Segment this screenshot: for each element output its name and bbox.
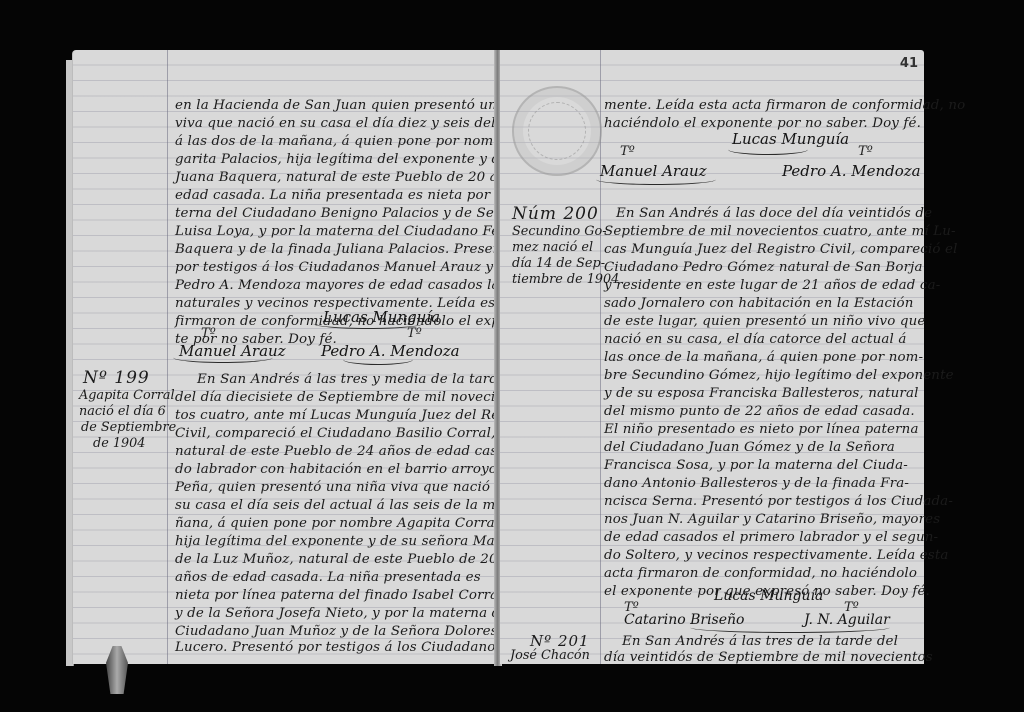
text-line: Ciudadano Juan Muñoz y de la Señora Dolo…	[175, 624, 498, 639]
text-line: Juana Baquera, natural de este Pueblo de…	[175, 170, 543, 185]
witness-label: Tº	[407, 326, 422, 341]
text-line: mente. Leída esta acta firmaron de confo…	[604, 98, 965, 113]
text-line: do labrador con habitación en el barrio …	[175, 462, 518, 477]
seal-inner-ring	[528, 102, 586, 160]
text-line: y residente en este lugar de 21 años de …	[604, 278, 940, 293]
text-line: de la Luz Muñoz, natural de este Pueblo …	[175, 552, 498, 567]
margin-note-line: nació el día 6	[79, 404, 166, 419]
text-line: de este lugar, quien presentó un niño vi…	[604, 314, 925, 329]
text-line: por testigos á los Ciudadanos Manuel Ara…	[175, 260, 493, 275]
margin-note-line: Secundino Go-	[512, 224, 607, 239]
text-line: ncisca Serna. Presentó por testigos á lo…	[604, 494, 953, 509]
text-line: hija legítima del exponente y de su seño…	[175, 534, 514, 549]
margin-note-line: José Chacón	[510, 648, 590, 663]
text-line: nos Juan N. Aguilar y Catarino Briseño, …	[604, 512, 940, 527]
text-line: cas Munguía Juez del Registro Civil, com…	[604, 242, 958, 257]
ledger-book: en la Hacienda de San Juan quien present…	[66, 50, 928, 670]
witness-label: Tº	[201, 326, 216, 341]
text-line: El niño presentado es nieto por línea pa…	[604, 422, 919, 437]
text-line: Peña, quien presentó una niña viva que n…	[175, 480, 511, 495]
text-line: Luisa Loya, y por la materna del Ciudada…	[175, 224, 515, 239]
text-line: do Soltero, y vecinos respectivamente. L…	[604, 548, 949, 563]
text-line: nieta por línea paterna del finado Isabe…	[175, 588, 503, 603]
text-line: las once de la mañana, á quien pone por …	[604, 350, 923, 365]
text-line: En San Andrés á las doce del día veintid…	[616, 206, 932, 221]
entry-number: Nº 199	[83, 368, 150, 388]
text-line: haciéndolo el exponente por no saber. Do…	[604, 116, 921, 131]
text-line: bre Secundino Gómez, hijo legítimo del e…	[604, 368, 954, 383]
text-line: día veintidós de Septiembre de mil novec…	[604, 650, 933, 665]
witness-label: Tº	[858, 144, 873, 159]
text-line: sado Jornalero con habitación en la Esta…	[604, 296, 914, 311]
text-line: del día diecisiete de Septiembre de mil …	[175, 390, 517, 405]
judge-signature: Lucas Munguía	[714, 588, 823, 604]
left-page: en la Hacienda de San Juan quien present…	[72, 50, 501, 664]
text-line: de edad casados el primero labrador y el…	[604, 530, 938, 545]
text-line: acta firmaron de conformidad, no haciénd…	[604, 566, 917, 581]
signature-flourish	[728, 144, 808, 155]
text-line: dano Antonio Ballesteros y de la finada …	[604, 476, 909, 491]
text-line: del mismo punto de 22 años de edad casad…	[604, 404, 915, 419]
margin-note-line: mez nació el	[512, 240, 593, 255]
margin-note-line: de 1904	[93, 436, 145, 451]
text-line: del Ciudadano Juan Gómez y de la Señora	[604, 440, 895, 455]
signature-flourish	[343, 354, 413, 365]
text-line: Civil, compareció el Ciudadano Basilio C…	[175, 426, 495, 441]
text-line: Baquera y de la finada Juliana Palacios.…	[175, 242, 515, 257]
margin-note-line: Agapita Corral	[79, 388, 175, 403]
witness-signature: Pedro A. Mendoza	[782, 162, 921, 180]
text-line: su casa el día seis del actual á las sei…	[175, 498, 508, 513]
text-line: tos cuatro, ante mí Lucas Munguía Juez d…	[175, 408, 540, 423]
text-line: ñana, á quien pone por nombre Agapita Co…	[175, 516, 504, 531]
signature-flourish	[690, 622, 890, 633]
text-line: en la Hacienda de San Juan quien present…	[175, 98, 540, 113]
signature-flourish	[173, 352, 273, 363]
text-line: Septiembre de mil novecientos cuatro, an…	[604, 224, 956, 239]
text-line: En San Andrés á las tres de la tarde del	[622, 634, 898, 649]
folio-number: 41	[900, 56, 918, 71]
signature-flourish	[596, 174, 716, 185]
text-line: nació en su casa, el día catorce del act…	[604, 332, 906, 347]
text-line: Ciudadano Pedro Gómez natural de San Bor…	[604, 260, 923, 275]
text-line: y de su esposa Franciska Ballesteros, na…	[604, 386, 919, 401]
entry-number: Núm 200	[512, 204, 599, 224]
witness-label: Tº	[620, 144, 635, 159]
text-line: terna del Ciudadano Benigno Palacios y d…	[175, 206, 526, 221]
text-line: años de edad casada. La niña presentada …	[175, 570, 481, 585]
text-line: En San Andrés á las tres y media de la t…	[197, 372, 506, 387]
margin-rule	[167, 50, 168, 664]
text-line: Francisca Sosa, y por la materna del Ciu…	[604, 458, 908, 473]
text-line: y de la Señora Josefa Nieto, y por la ma…	[175, 606, 513, 621]
text-line: Lucero. Presentó por testigos á los Ciud…	[175, 640, 502, 655]
right-page: 41 mente. Leída esta acta firmaron de co…	[500, 50, 924, 664]
margin-note-line: de Septiembre	[81, 420, 176, 435]
official-seal-stamp	[512, 86, 602, 176]
text-line: natural de este Pueblo de 24 años de eda…	[175, 444, 510, 459]
margin-note-line: día 14 de Sep-	[512, 256, 605, 271]
